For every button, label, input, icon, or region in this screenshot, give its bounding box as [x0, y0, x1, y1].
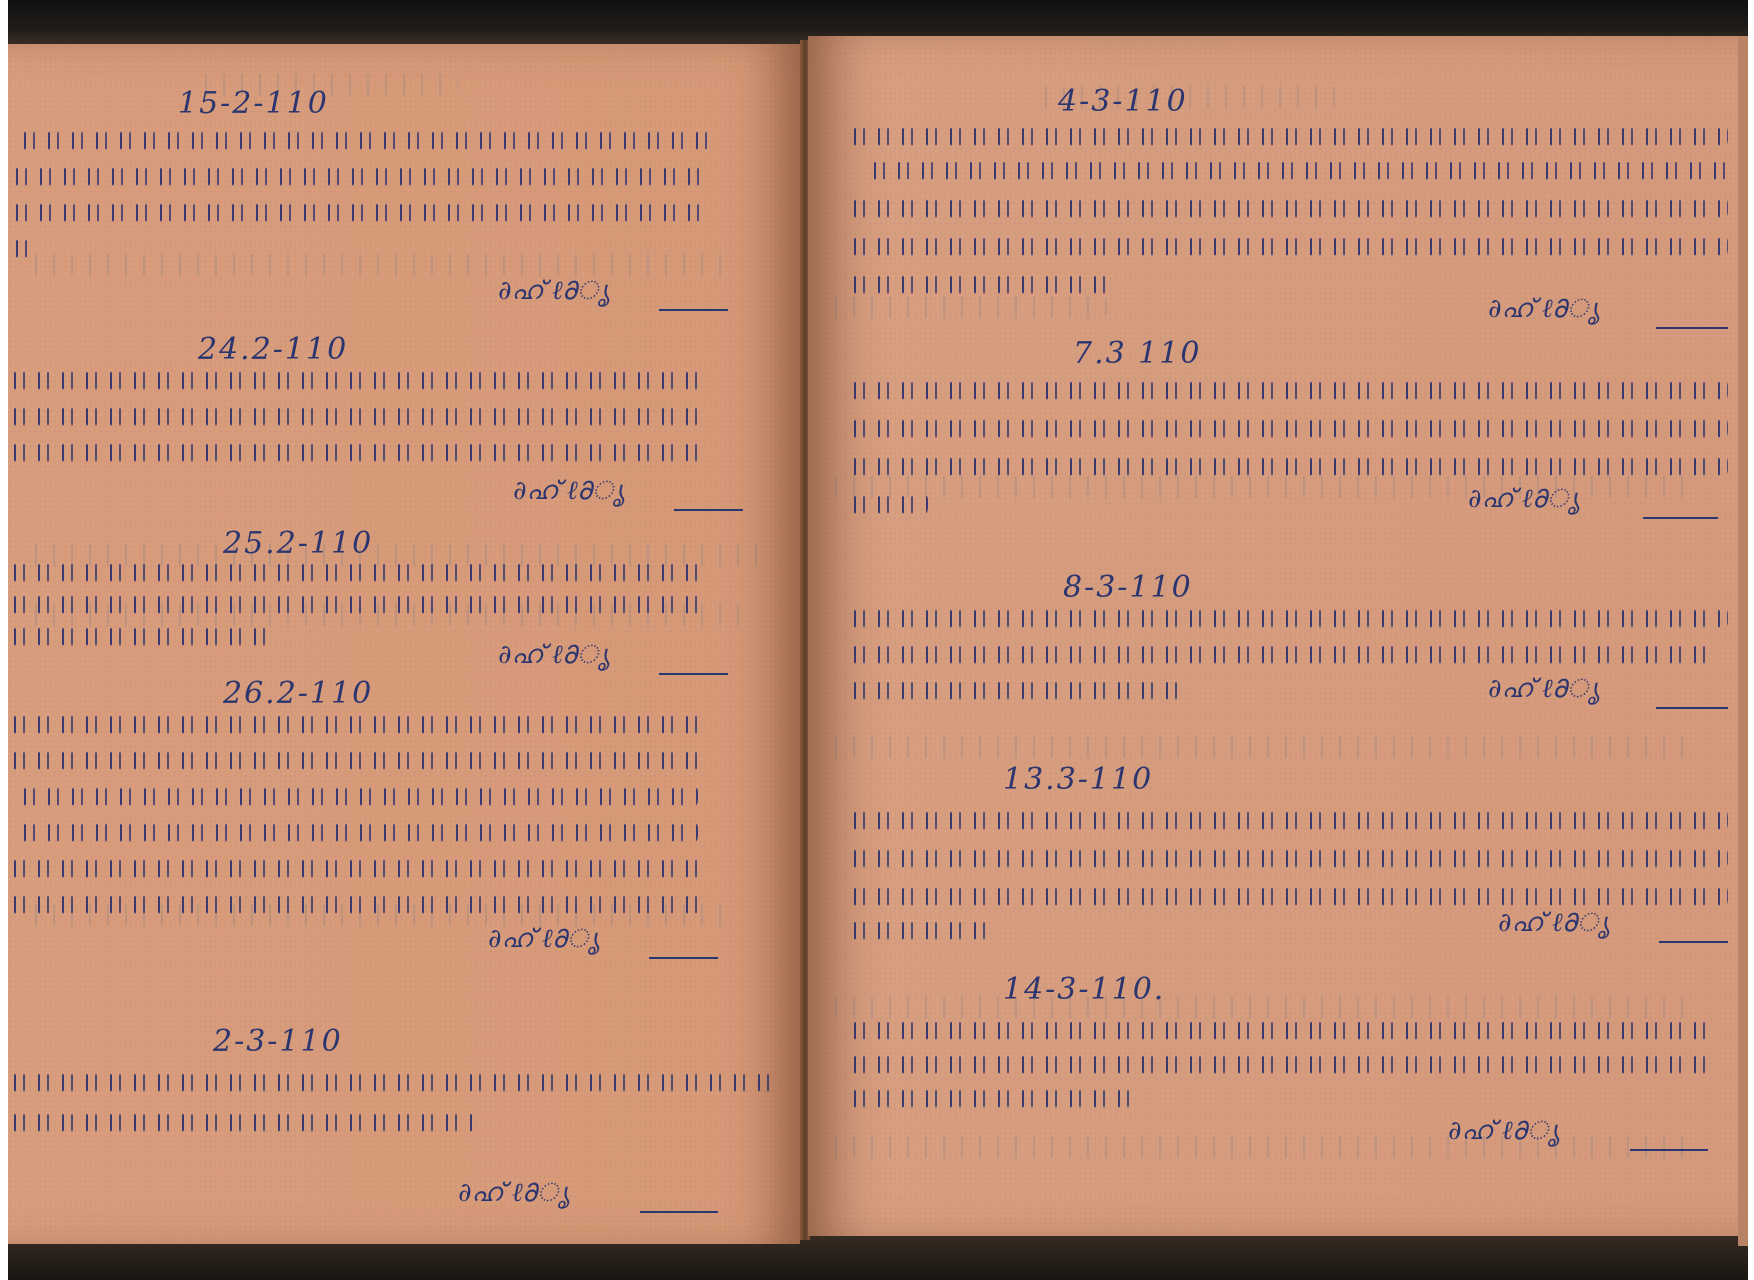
signature: ∂ഹ്‌ ℓ∂ൃ: [1468, 484, 1718, 515]
entry-text-line: [848, 490, 928, 518]
signature: ∂ഹ്‌ ℓ∂ൃ: [1448, 1116, 1708, 1147]
left-page: 15-2-110 [handwritten Malayalam text, il…: [8, 44, 800, 1244]
entry-text-line: [18, 782, 698, 810]
entry-text-line: [10, 234, 30, 262]
entry-text-line: [848, 122, 1728, 150]
entry-date: 8-3-110: [1063, 570, 1193, 605]
signature: ∂ഹ്‌ ℓ∂ൃ: [1488, 294, 1728, 325]
signature: ∂ഹ്‌ ℓ∂ൃ: [513, 476, 743, 507]
entry-text-line: [848, 916, 988, 944]
signature: ∂ഹ്‌ ℓ∂ൃ: [498, 276, 728, 307]
entry-text-line: [848, 232, 1728, 260]
entry-text-line: [8, 366, 708, 394]
entry-date: 24.2-110: [198, 332, 348, 367]
signature: ∂ഹ്‌ ℓ∂ൃ: [458, 1178, 718, 1209]
entry-text-line: [8, 438, 708, 466]
entry-date: 14-3-110.: [1003, 972, 1165, 1007]
entry-text-line: [848, 640, 1708, 668]
entry-date: 7.3 110: [1073, 336, 1202, 371]
entry-text-line: [848, 414, 1728, 442]
entry-date: 2-3-110: [213, 1024, 343, 1059]
entry-text-line: [848, 194, 1728, 222]
entry-text-line: [8, 590, 708, 618]
signature: ∂ഹ്‌ ℓ∂ൃ: [488, 924, 718, 955]
entry-text-line: [8, 622, 278, 650]
signature: ∂ഹ്‌ ℓ∂ൃ: [1488, 674, 1728, 705]
entry-date: 13.3-110: [1003, 762, 1153, 797]
entry-text-line: [848, 604, 1728, 632]
entry-text-line: [848, 376, 1728, 404]
entry-text-line: [8, 854, 708, 882]
entry-text-line: [848, 806, 1728, 834]
entry-text-line: [848, 1050, 1708, 1078]
entry-text-line: [8, 558, 708, 586]
entry-text-line: [10, 162, 710, 190]
signature: ∂ഹ്‌ ℓ∂ൃ: [498, 640, 728, 671]
entry-text-line: [848, 1084, 1138, 1112]
right-page: 4-3-110 [handwritten Malayalam text, ill…: [808, 36, 1738, 1236]
entry-text-line: [868, 156, 1728, 184]
entry-text-line: [8, 1108, 478, 1136]
open-book: 15-2-110 [handwritten Malayalam text, il…: [8, 0, 1748, 1280]
entry-text-line: [8, 1068, 778, 1096]
entry-text-line: [848, 1016, 1708, 1044]
entry-date: 26.2-110: [223, 676, 373, 711]
entry-text-line: [8, 746, 708, 774]
entry-text-line: [8, 890, 708, 918]
entry-date: 15-2-110: [178, 86, 329, 121]
entry-text-line: [8, 710, 708, 738]
entry-date: 25.2-110: [223, 526, 373, 561]
entry-text-line: [8, 402, 698, 430]
entry-text-line: [848, 676, 1188, 704]
entry-date: 4-3-110: [1058, 84, 1188, 119]
entry-text-line: [848, 270, 1108, 298]
entry-text-line: [18, 126, 708, 154]
entry-text-line: [848, 844, 1728, 872]
entry-text-line: [18, 818, 698, 846]
page-edge: [1738, 36, 1748, 1246]
signature: ∂ഹ്‌ ℓ∂ൃ: [1498, 908, 1728, 939]
entry-text-line: [848, 452, 1728, 480]
entry-text-line: [848, 882, 1728, 910]
entry-text-line: [10, 198, 710, 226]
